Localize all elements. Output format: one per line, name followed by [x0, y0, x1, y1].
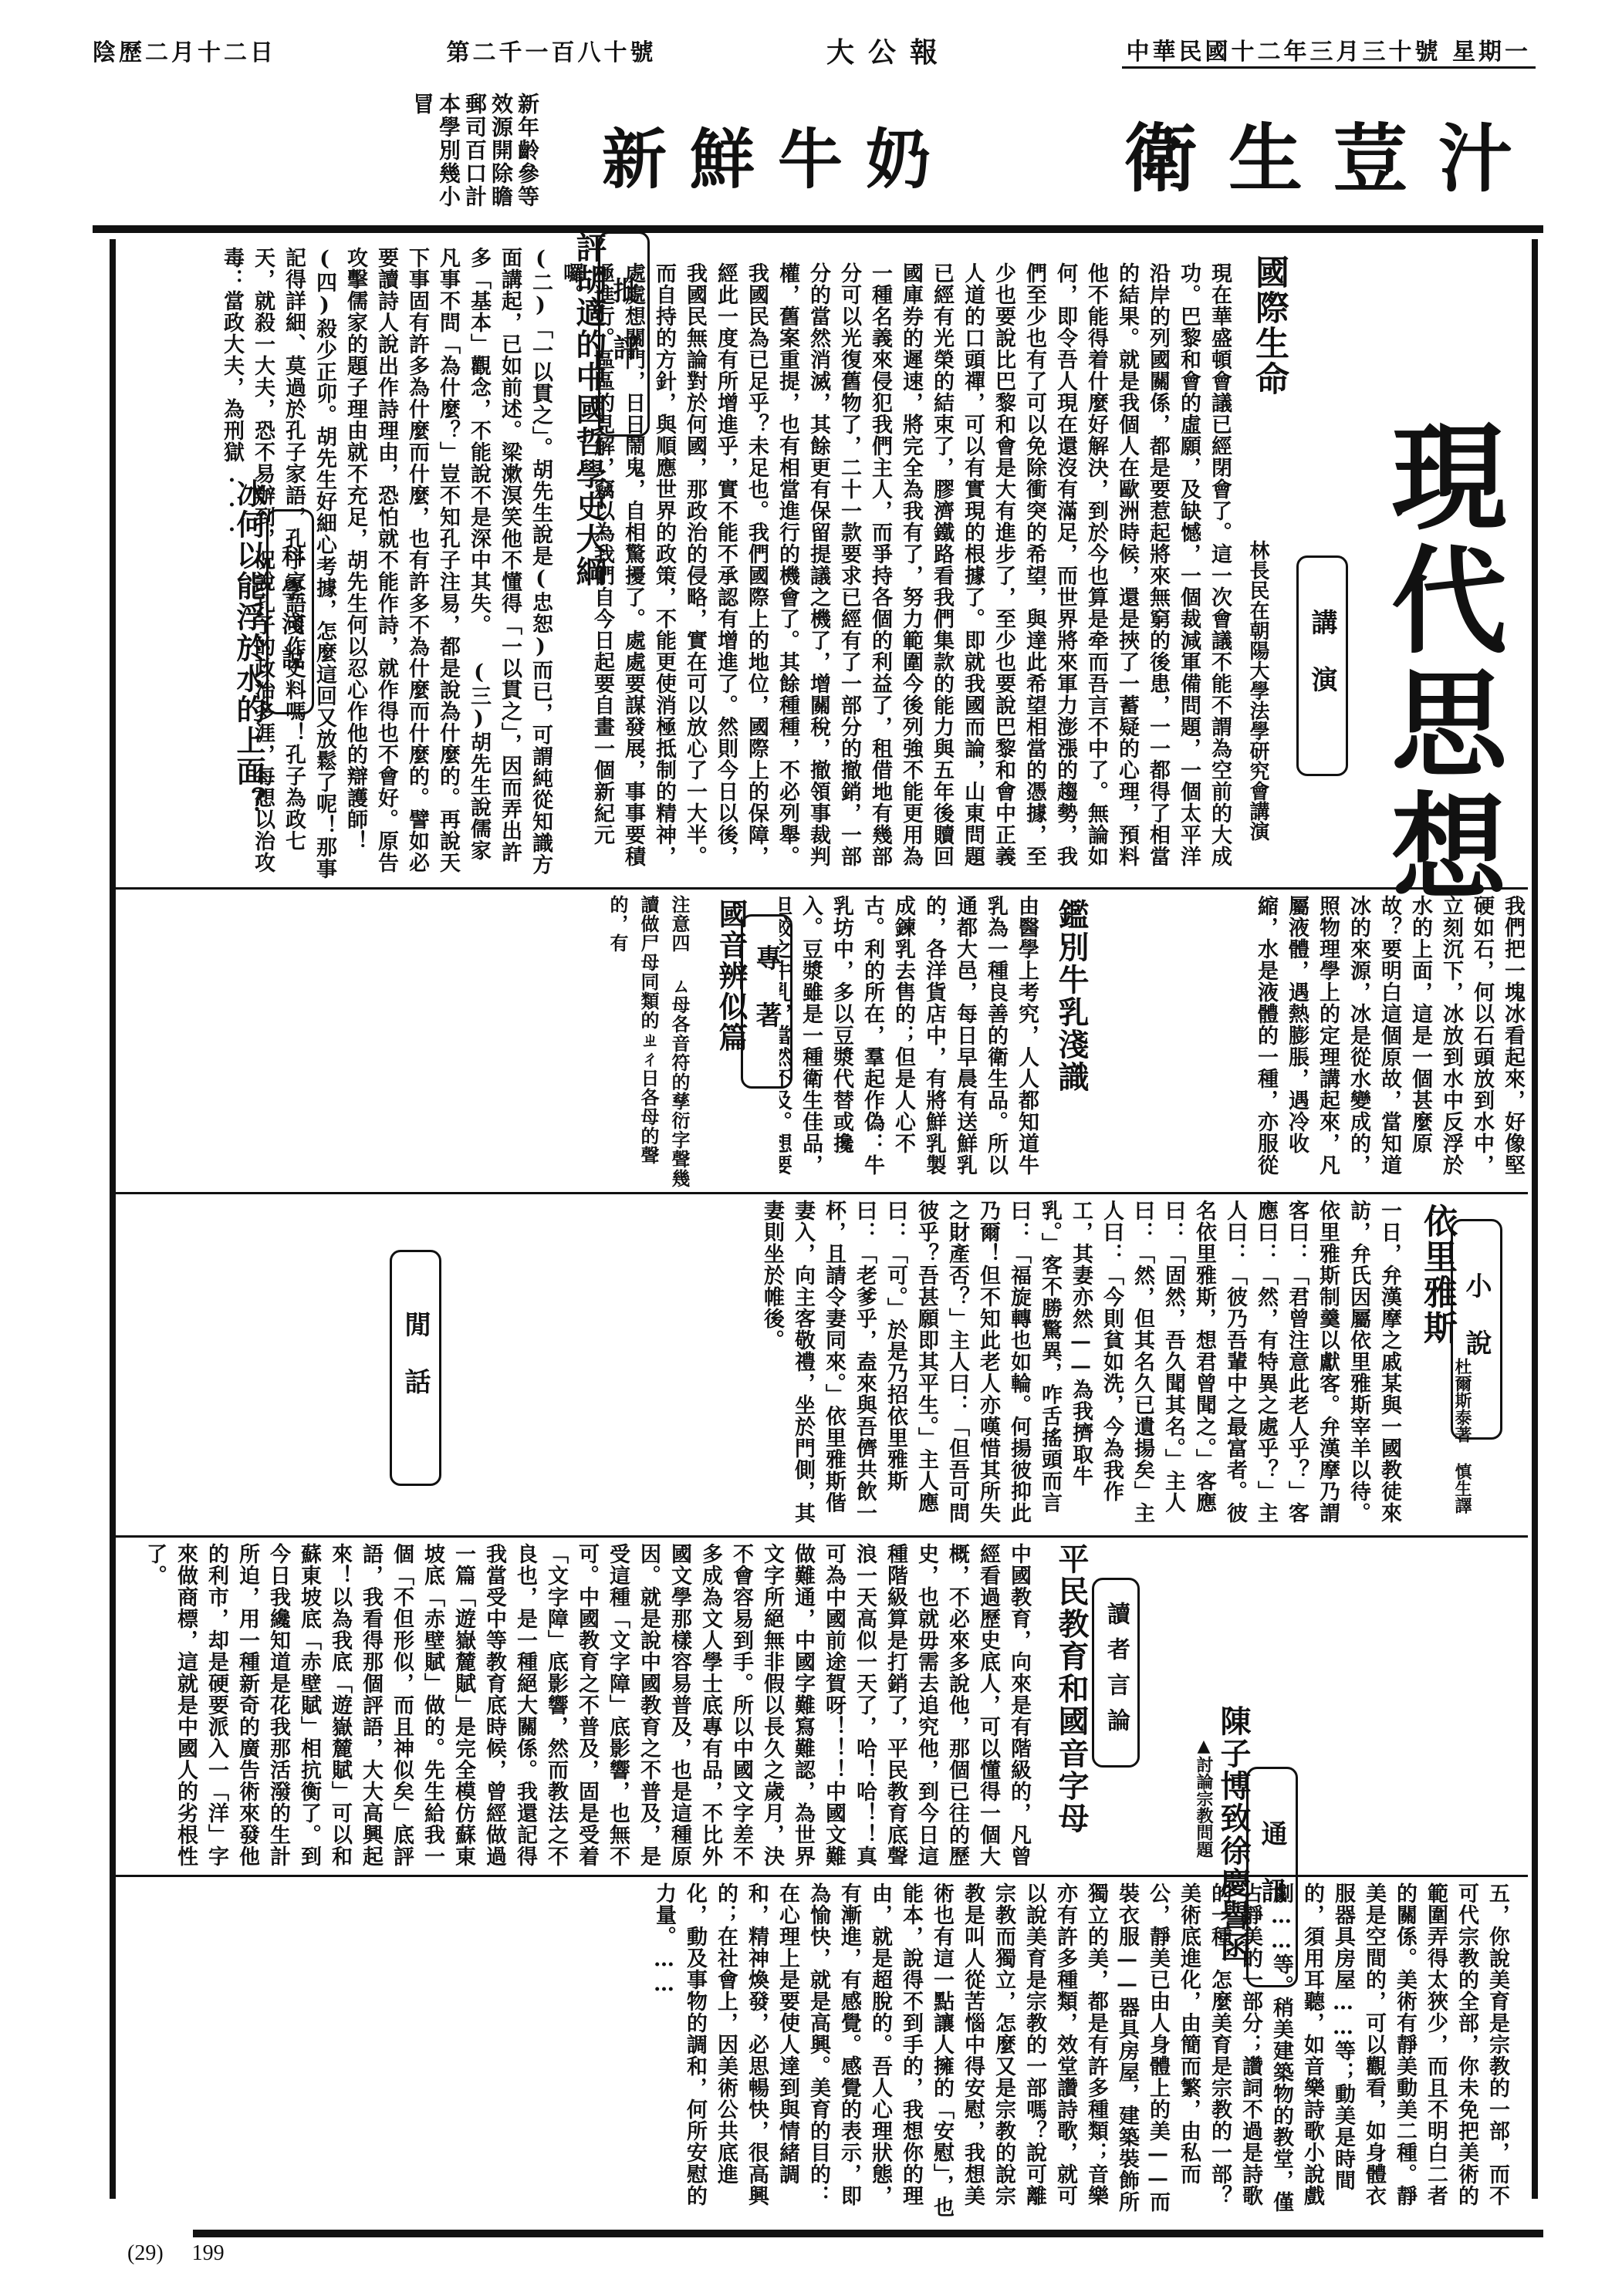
ad-douzhi-title: 衛生荳汁 — [1124, 100, 1543, 206]
article-title-phonetics: 國音辨似篇 — [710, 899, 752, 1053]
footer: (29) 199 — [127, 2241, 225, 2266]
divider-1 — [116, 887, 1528, 890]
article-byline-lecture: 林長民在朝陽大學法學研究會講演 — [1244, 540, 1272, 841]
article-body-ilyas: 一日，弁漢摩之戚某與一國教徒來訪，弁氏因屬依里雅斯宰羊以待。依里雅斯制羹以獻客。… — [123, 1200, 1404, 1524]
article-subtitle-letter: ▲討論宗教問題 — [1192, 1736, 1216, 1858]
ad-left: 新年齡參等效源開除瞻郵司百口計本學別幾小冒 — [108, 93, 540, 216]
masthead-paper-name: 大公報 — [826, 31, 951, 70]
divider-4 — [116, 1875, 1528, 1877]
article-body-international-life: 現在華盛頓會議已經閉會了。這一次會議不能不謂為空前的大成功。巴黎和會的虛願，及缺… — [556, 262, 1235, 880]
section-label-chat: 閒話 — [390, 1250, 441, 1486]
divider-3 — [116, 1535, 1528, 1538]
ad-douzhi: 衛生荳汁 — [1080, 85, 1543, 224]
frame-right — [1532, 239, 1538, 2199]
ad-milk: 新鮮牛奶 — [540, 85, 1096, 224]
article-title-mass-education: 平民教育和國音字母 — [1049, 1543, 1093, 1835]
bottom-rule — [193, 2230, 1543, 2237]
masthead-date: 中華民國十二年三月三十號 星期一 — [1122, 32, 1536, 69]
article-title-ilyas: 依里雅斯 — [1412, 1204, 1461, 1346]
article-body-ice: 我們把一塊冰看起來，好像堅硬如石，何以石頭放到水中，立刻沉下，冰放到水中反浮於水… — [1250, 895, 1528, 1188]
masthead: 中華民國十二年三月三十號 星期一 大公報 第二千一百八十號 陰歷二月十二日 — [93, 31, 1536, 69]
masthead-issue: 第二千一百八十號 — [447, 33, 657, 67]
footer-issue-page: (29) — [127, 2241, 164, 2265]
article-title-milk: 鑑別牛乳淺識 — [1049, 899, 1093, 1093]
article-title-international-life: 國際生命 — [1244, 255, 1293, 397]
ad-milk-title: 新鮮牛奶 — [602, 108, 954, 201]
article-body-letter: 五，你說美育是宗教的一部，而不可代宗教的全部，你未免把美術的範圍弄得太狹少，而且… — [123, 1882, 1512, 2222]
top-rule — [93, 225, 1543, 233]
section-label-reader: 讀者言論 — [1092, 1578, 1140, 1768]
article-body-mass-education: 中國教育，向來是有階級的，凡曾經看過歷史底人，可以懂得一個大概，不必來多說他，那… — [123, 1543, 1034, 1867]
article-title-hushi: 評胡適的中國哲學史大綱 — [567, 231, 611, 588]
article-body-phonetics: 注意四 ㄙ母各音符的孳衍字聲幾讀做尸母同類的ㄓㄔ日各母的聲的，有 — [123, 895, 694, 1188]
article-body-hushi: (二)「一以貫之」。胡先生說是(忠恕)而已，可謂純從知識方面講起，已如前述。梁漱… — [123, 247, 556, 880]
article-byline-ilyas: 杜爾斯泰著 慎生譯 — [1451, 1358, 1475, 1514]
ad-left-line: 新年齡參等效源開除瞻郵司百口計本學別幾小冒 — [410, 93, 540, 208]
supplement-title: 現代思想 — [1381, 417, 1497, 910]
frame-left — [110, 239, 116, 2199]
section-label-science: 科學淺說 — [266, 509, 314, 714]
section-label-lecture: 講演 — [1296, 555, 1348, 776]
divider-2 — [116, 1192, 1528, 1194]
article-body-milk: 由醫學上考究，人人都知道牛乳為一種良善的衛生品。所以通都大邑，每日早晨有送鮮乳的… — [779, 895, 1042, 1188]
footer-page-number: 199 — [192, 2241, 225, 2265]
masthead-lunar-date: 陰歷二月十二日 — [93, 33, 276, 67]
article-title-ice: 冰何以能浮於水的上面？ — [228, 478, 270, 818]
